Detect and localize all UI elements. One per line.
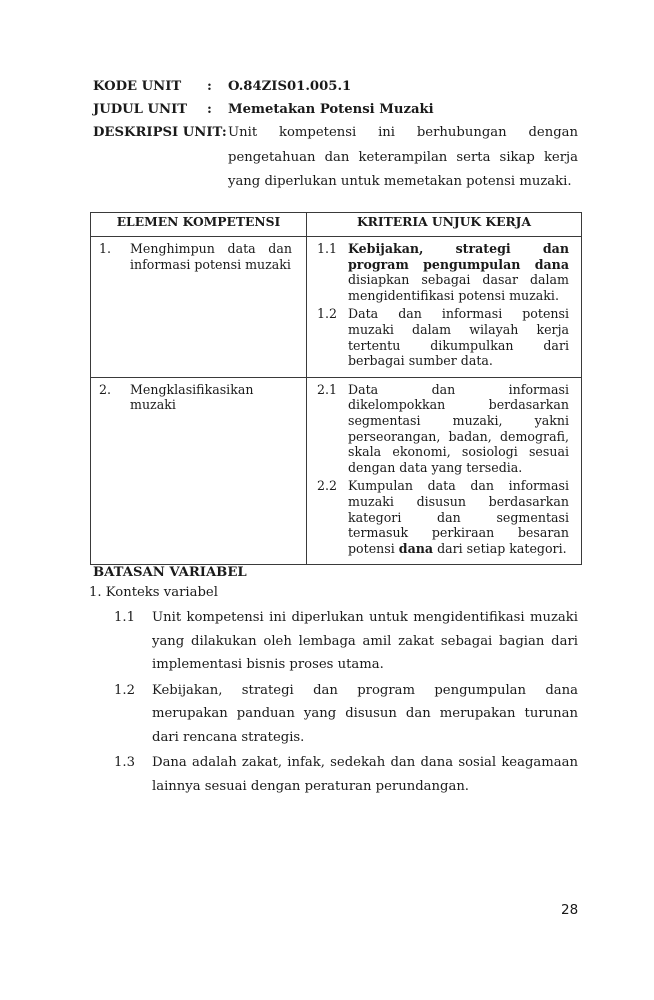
element-item: 2.Mengklasifikasikan muzaki: [99, 382, 292, 413]
judul-unit-label: JUDUL UNIT: [93, 98, 207, 121]
deskripsi-unit-label: DESKRIPSI UNIT:: [93, 121, 228, 195]
criteria-text: Data dan informasi potensi muzaki dalam …: [348, 306, 569, 368]
header-kriteria-unjuk-kerja: KRITERIA UNJUK KERJA: [307, 213, 582, 237]
table-row: 1.Menghimpun data dan informasi potensi …: [91, 237, 582, 378]
criteria-text-pre: Data dan informasi dikelompokkan berdasa…: [348, 382, 569, 475]
criteria-number: 1.1: [317, 241, 348, 303]
element-text: Menghimpun data dan informasi potensi mu…: [130, 241, 292, 272]
criteria-item: 1.2Data dan informasi potensi muzaki dal…: [317, 306, 569, 368]
section-title: BATASAN VARIABEL: [93, 564, 578, 582]
criteria-item: 2.1Data dan informasi dikelompokkan berd…: [317, 382, 569, 476]
variable-item-text: Kebijakan, strategi dan program pengumpu…: [152, 679, 578, 750]
unit-info: KODE UNIT : O.84ZIS01.005.1 JUDUL UNIT :…: [93, 75, 578, 195]
deskripsi-unit-row: DESKRIPSI UNIT: Unit kompetensi ini berh…: [93, 121, 578, 195]
batasan-variabel-section: BATASAN VARIABEL 1. Konteks variabel 1.1…: [93, 564, 578, 798]
element-item: 1.Menghimpun data dan informasi potensi …: [99, 241, 292, 272]
variable-item-text: Dana adalah zakat, infak, sedekah dan da…: [152, 751, 578, 798]
criteria-item: 1.1Kebijakan, strategi dan program pengu…: [317, 241, 569, 303]
variable-item: 1.2Kebijakan, strategi dan program pengu…: [114, 679, 578, 750]
document-page: KODE UNIT : O.84ZIS01.005.1 JUDUL UNIT :…: [0, 0, 654, 1000]
criteria-text: Kumpulan data dan informasi muzaki disus…: [348, 478, 569, 556]
criteria-text-bold: dana: [399, 541, 433, 556]
criteria-number: 2.1: [317, 382, 348, 476]
kode-unit-value: O.84ZIS01.005.1: [228, 75, 578, 98]
page-number: 28: [561, 902, 578, 918]
kode-unit-row: KODE UNIT : O.84ZIS01.005.1: [93, 75, 578, 98]
variable-item-number: 1.1: [114, 606, 152, 677]
kode-unit-label: KODE UNIT: [93, 75, 207, 98]
judul-unit-value: Memetakan Potensi Muzaki: [228, 98, 578, 121]
variable-item: 1.3Dana adalah zakat, infak, sedekah dan…: [114, 751, 578, 798]
variable-item-number: 1.3: [114, 751, 152, 798]
criteria-number: 2.2: [317, 478, 348, 556]
judul-unit-row: JUDUL UNIT : Memetakan Potensi Muzaki: [93, 98, 578, 121]
colon: :: [207, 98, 228, 121]
criteria-cell: 1.1Kebijakan, strategi dan program pengu…: [307, 237, 582, 378]
colon: :: [207, 75, 228, 98]
table-header-row: ELEMEN KOMPETENSI KRITERIA UNJUK KERJA: [91, 213, 582, 237]
table-row: 2.Mengklasifikasikan muzaki2.1Data dan i…: [91, 377, 582, 565]
element-cell: 1.Menghimpun data dan informasi potensi …: [91, 237, 307, 378]
criteria-number: 1.2: [317, 306, 348, 368]
criteria-item: 2.2Kumpulan data dan informasi muzaki di…: [317, 478, 569, 556]
criteria-text-pre: Data dan informasi potensi muzaki dalam …: [348, 306, 569, 368]
deskripsi-unit-value: Unit kompetensi ini berhubungan dengan p…: [228, 121, 578, 195]
competency-table: ELEMEN KOMPETENSI KRITERIA UNJUK KERJA 1…: [90, 212, 582, 565]
criteria-text-bold: Kebijakan, strategi dan program pengumpu…: [348, 241, 569, 272]
variable-item-number: 1.2: [114, 679, 152, 750]
header-elemen-kompetensi: ELEMEN KOMPETENSI: [91, 213, 307, 237]
criteria-cell: 2.1Data dan informasi dikelompokkan berd…: [307, 377, 582, 565]
element-text: Mengklasifikasikan muzaki: [130, 382, 292, 413]
criteria-text: Kebijakan, strategi dan program pengumpu…: [348, 241, 569, 303]
element-number: 1.: [99, 241, 130, 272]
criteria-text-post: disiapkan sebagai dasar dalam mengidenti…: [348, 272, 569, 303]
variable-item: 1.1Unit kompetensi ini diperlukan untuk …: [114, 606, 578, 677]
criteria-text-post: dari setiap kategori.: [433, 541, 567, 556]
element-cell: 2.Mengklasifikasikan muzaki: [91, 377, 307, 565]
variable-item-text: Unit kompetensi ini diperlukan untuk men…: [152, 606, 578, 677]
criteria-text: Data dan informasi dikelompokkan berdasa…: [348, 382, 569, 476]
context-heading: 1. Konteks variabel: [89, 582, 578, 604]
element-number: 2.: [99, 382, 130, 413]
